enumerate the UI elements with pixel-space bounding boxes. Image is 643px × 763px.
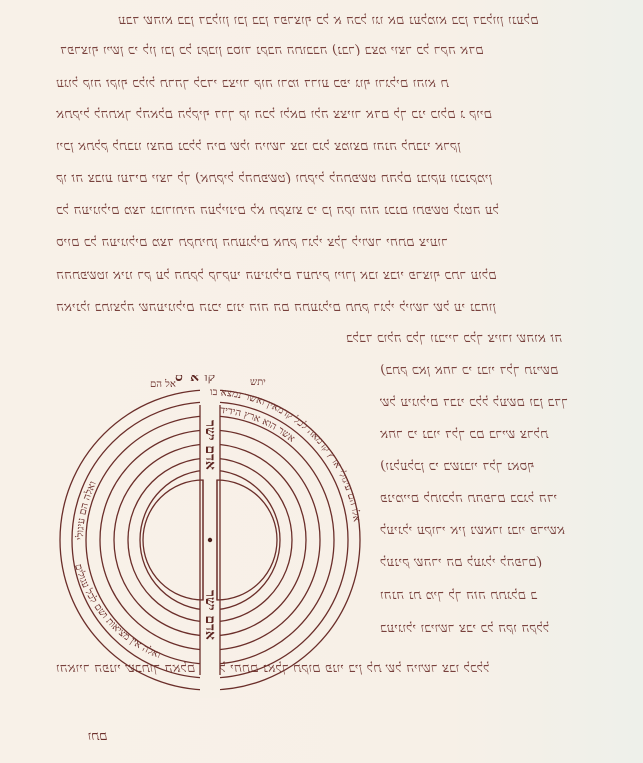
manuscript-line: עגול קוה זקוף כלול תרהך לכדי בציור קוה ו…	[56, 75, 599, 91]
manuscript-line: כל העיגולים מצד גבורותיה העליונים לא תקצ…	[56, 202, 599, 218]
manuscript-line: האינלו בתוצלה שהעיגולים הנכי בוני הזה הם…	[56, 299, 599, 315]
bottom-outer-text: ואלה אין מציאות ושם לכל עגולים	[72, 563, 162, 661]
manuscript-line: עבד שהוא בבן דבלוון ובן בבן דפרצוף כל א …	[118, 12, 588, 28]
manuscript-line: ויכן אתלק לתבנו וצהם נכלל הים שלו היושר …	[56, 138, 599, 154]
manuscript-line: אתקיל להתאך להאלם הלקיף דרך קו הכל ולאם …	[56, 106, 599, 122]
manuscript-line: של עיגולים דבני כלל לעשם ובן בדך	[380, 394, 600, 410]
manuscript-line: (ונלעלכן כי בשנבוי דלך נאסף	[380, 458, 600, 474]
manuscript-line: בלבד כולה כלך ונבייר כלך ציורו שהוא זה	[346, 330, 598, 346]
manuscript-line: והנה נת מיך לך הזה תתגלם ב	[380, 587, 600, 603]
manuscript-line: לעיגלי עקורי אין נשארו נבוי פרישא	[380, 522, 600, 538]
manuscript-line: ההתפשטו אינו רק על התקל קרקעי העיגולים ד…	[56, 267, 599, 283]
manuscript-line: בעיגולי וביושר צבי כל הקו הקלל	[380, 620, 600, 636]
manuscript-page: עבד שהוא בבן דבלוון ובן בבן דפרצוף כל א …	[0, 0, 643, 763]
concentric-circles-diagram: אלו הם עיגולי ארץ קדמאה לכל קדמאין ואשר …	[45, 375, 375, 705]
top-label-left: אל הם	[150, 378, 176, 390]
manuscript-line: (בתק כאן אחר כי נבוי דלך תנישם	[380, 362, 600, 378]
signature-mark: ותם	[88, 728, 107, 744]
manuscript-line: סיום כל העיגולים מצד תקתיתן התעגלים אתק …	[56, 234, 599, 250]
vertical-axis-lower: אדם ישר	[202, 590, 218, 640]
center-point	[208, 538, 212, 542]
vertical-axis-upper: אדם ישר	[202, 420, 218, 470]
manuscript-line: לעניק שהרי הם לעגלי להפרם)	[380, 554, 600, 570]
manuscript-line: דפרצוף וישן כי לון ובן כל נקבון בסוד נקב…	[60, 42, 598, 58]
manuscript-line: אחר כי נבוי דלך כם בריש צרלת	[380, 426, 600, 442]
manuscript-line: פנימיים לתוכלה תהפרם בכגל הדי	[380, 490, 600, 506]
manuscript-line: קו זה צבוע ועדים יוצר לך (אתקיל להתפשט) …	[56, 170, 599, 186]
top-label-center: קו א"ס	[175, 375, 215, 385]
top-label-right: יתש	[250, 377, 266, 388]
